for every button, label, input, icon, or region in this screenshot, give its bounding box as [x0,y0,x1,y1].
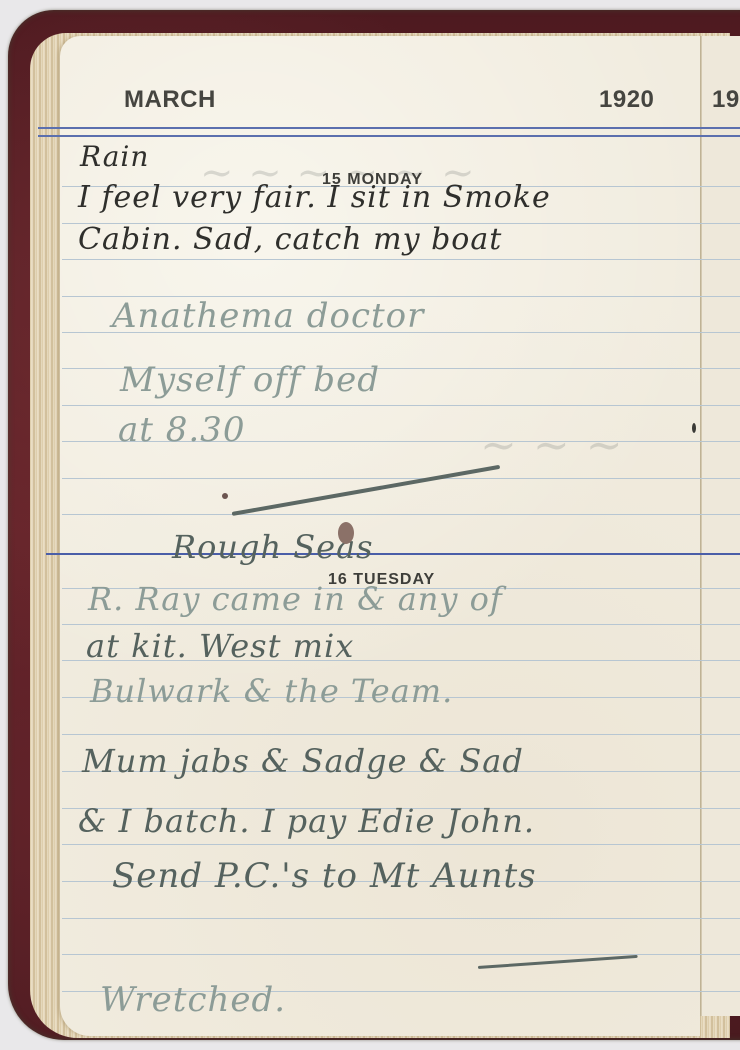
header-rule-top [38,127,740,129]
month-heading: MARCH [124,86,216,114]
entry-line: & I batch. I pay Edie John. [78,802,535,840]
entry-line: Bulwark & the Team. [90,672,453,710]
next-page-strip [702,36,740,1016]
entry-line: Rain [80,140,149,173]
entry-line: Mum jabs & Sadge & Sad [82,742,524,780]
next-page-year-fragment: 19 [712,86,740,114]
day-separator-rule [46,553,740,555]
entry-line: R. Ray came in & any of [88,580,503,618]
header-rule-bottom [38,135,740,137]
entry-line: I feel very fair. I sit in Smoke [78,180,551,215]
entry-line: Cabin. Sad, catch my boat [78,222,502,257]
entry-line: Wretched. [100,980,286,1020]
ink-blot [222,493,228,499]
entry-line: Anathema doctor [112,296,424,336]
entry-line: Send P.C.'s to Mt Aunts [112,856,537,896]
ink-blot [692,423,696,433]
year-heading: 1920 [599,86,654,114]
entry-line: Myself off bed [120,360,380,400]
bleed-through-text: ~ ~ ~ [480,420,624,471]
entry-line: at kit. West mix [86,627,354,665]
ink-blot [338,522,354,544]
entry-line: at 8.30 [118,410,245,450]
